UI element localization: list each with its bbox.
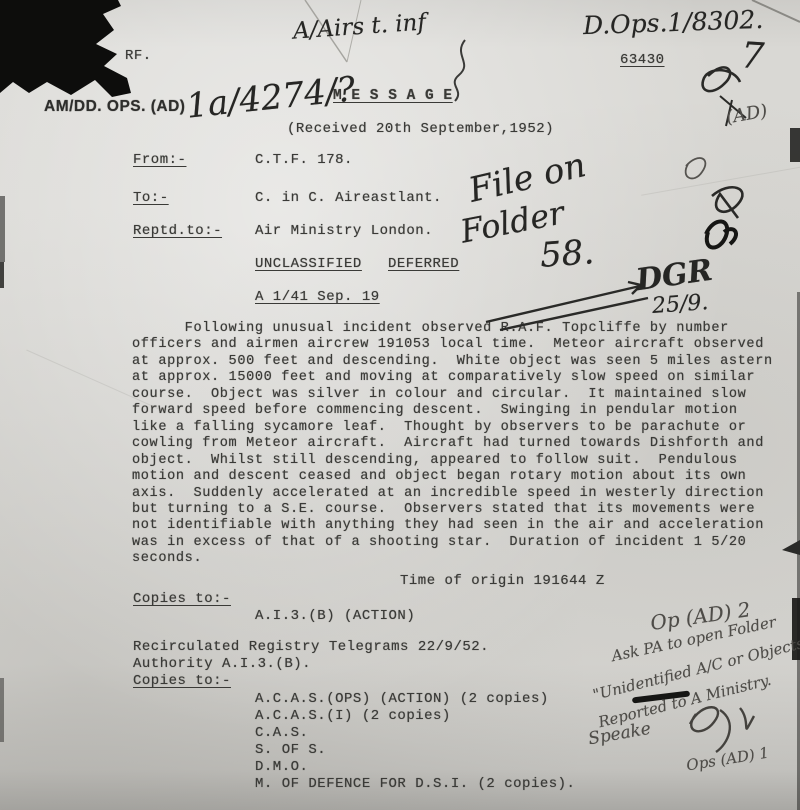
recirculated-line: Recirculated Registry Telegrams 22/9/52. [133,639,489,655]
copies-to-label-1: Copies to:- [133,591,231,607]
handwritten-dops-ref: D.Ops.1/8302. [583,5,764,40]
to-label: To:- [133,190,169,206]
time-of-origin: Time of origin 191644 Z [400,573,605,589]
copies-2-item: S. OF S. [255,742,326,758]
arrow-lines [478,272,658,332]
received-date: (Received 20th September,1952) [287,121,554,137]
authority-line: Authority A.I.3.(B). [133,656,311,672]
margin-signature-scribbles [668,48,798,268]
ref-label: RF. [125,48,152,64]
precedence: DEFERRED [388,256,459,272]
copies-1: A.I.3.(B) (ACTION) [255,608,415,624]
classification: UNCLASSIFIED [255,256,362,272]
edge-wear [0,262,4,288]
handwritten-folder-number: 58. [539,232,596,276]
message-reference: A 1/41 Sep. 19 [255,289,380,305]
copies-2-item: M. OF DEFENCE FOR D.S.I. (2 copies). [255,776,575,792]
from-value: C.T.F. 178. [255,152,353,168]
reptd-label: Reptd.to:- [133,223,222,239]
edge-wear [0,678,4,742]
copies-2-item: A.C.A.S.(OPS) (ACTION) (2 copies) [255,691,549,707]
scanned-document: RF. AM/DD. OPS. (AD) M E S S A G E (Rece… [0,0,800,810]
message-body: Following unusual incident observed R.A.… [132,321,792,568]
to-value: C. in C. Aireastlant. [255,190,442,206]
torn-corner-top-left [0,0,140,110]
handwritten-flourish [435,35,485,105]
reptd-value: Air Ministry London. [255,223,433,239]
handwritten-speake: Speake [587,719,653,750]
file-number: 63430 [620,52,665,68]
handwritten-initials-date: 25/9. [651,290,709,319]
letterhead: AM/DD. OPS. (AD) [44,98,185,116]
copies-2-item: C.A.S. [255,725,308,741]
copies-2-item: A.C.A.S.(I) (2 copies) [255,708,451,724]
copies-to-label-2: Copies to:- [133,673,231,689]
edge-wear [0,196,5,262]
copies-2-item: D.M.O. [255,759,308,775]
handwritten-registry-number: 1a/4274/? [184,69,357,127]
from-label: From:- [133,152,186,168]
